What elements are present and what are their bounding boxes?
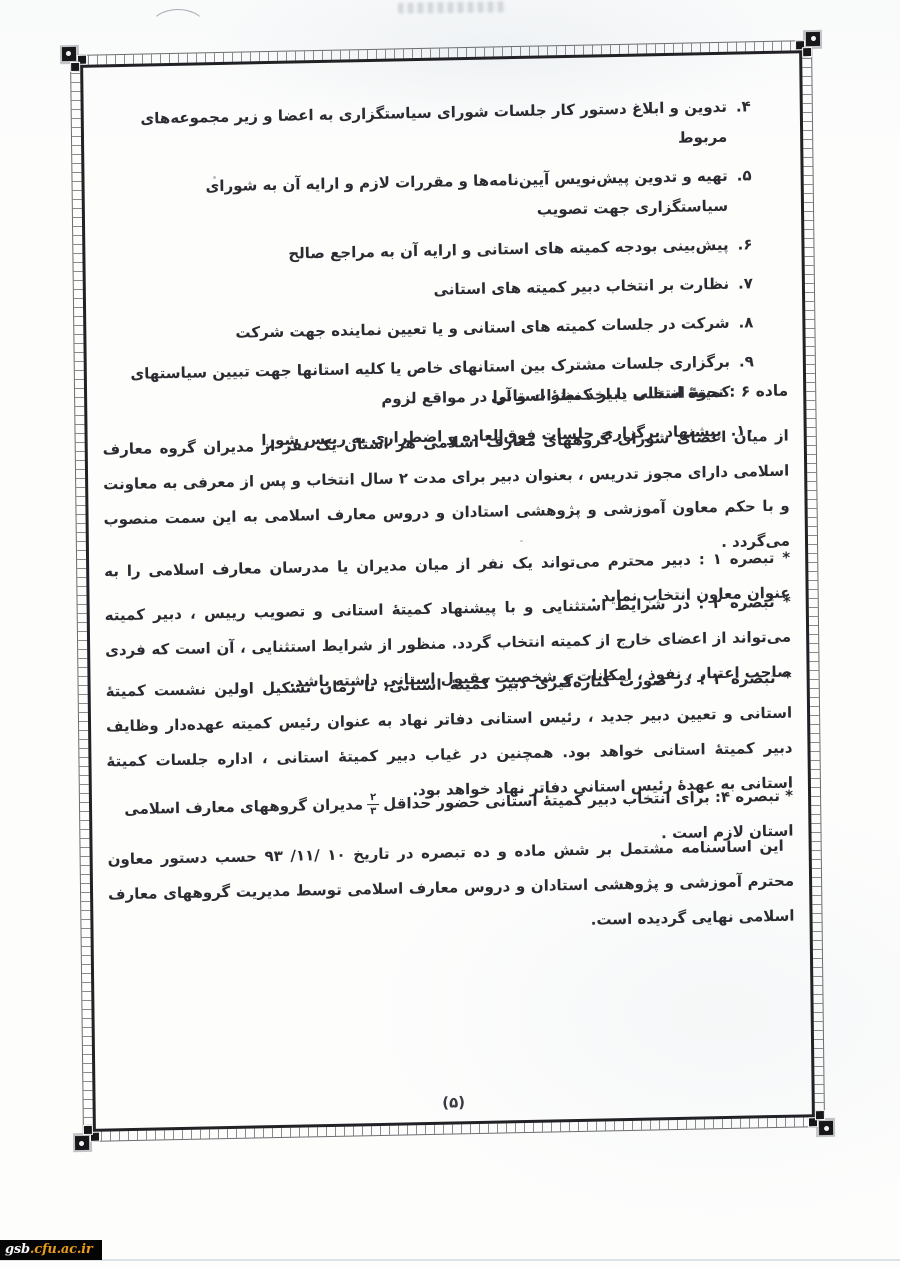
page-number: (۵) xyxy=(107,1086,801,1118)
item-number: ۷. xyxy=(738,268,753,298)
frame-border-right xyxy=(799,49,825,1118)
watermark-badge: gsb.cfu.ac.ir xyxy=(0,1240,102,1260)
item-text: تهیه و تدوین پیش‌نویس آیین‌نامه‌ها و مقر… xyxy=(107,161,728,234)
closing-paragraph: این اساسنامه مشتمل بر شش ماده و ده تبصره… xyxy=(107,829,794,948)
scan-smudge-artifact xyxy=(398,1,506,14)
list-item: ۶. پیش‌بینی بودجه کمیته های استانی و ارا… xyxy=(108,229,752,272)
corner-ornament-bottom-right xyxy=(803,1105,829,1132)
note4-text-before: * تبصره ۴: برای انتخاب دبیر کمیتهٔ استان… xyxy=(383,787,793,813)
item-text: شرکت در جلسات کمیته های استانی و یا تعیی… xyxy=(109,308,730,351)
list-item: ۸. شرکت در جلسات کمیته های استانی و یا ت… xyxy=(109,307,753,350)
item-text: نظارت بر انتخاب دبیر کمیته های استانی xyxy=(109,269,730,312)
corner-ornament-top-left xyxy=(66,51,92,78)
item-number: ۵. xyxy=(737,160,753,220)
scan-bottom-edge xyxy=(0,1259,900,1261)
item-text: پیش‌بینی بودجه کمیته های استانی و ارایه … xyxy=(108,230,729,273)
fraction-denominator: ۳ xyxy=(367,805,379,818)
note4-fraction: ۲۳ xyxy=(367,791,379,817)
list-item: ۴. تدوین و ابلاغ دستور کار جلسات شورای س… xyxy=(107,91,752,164)
corner-ornament-top-right xyxy=(790,36,816,63)
watermark-domain: .cfu.ac.ir xyxy=(30,1242,93,1257)
item-number: ۴. xyxy=(736,91,752,151)
document-content: ۴. تدوین و ابلاغ دستور کار جلسات شورای س… xyxy=(94,54,801,1127)
item-text: تدوین و ابلاغ دستور کار جلسات شورای سیاس… xyxy=(107,92,728,165)
scan-frame: ۴. تدوین و ابلاغ دستور کار جلسات شورای س… xyxy=(70,40,825,1142)
watermark-gsb: gsb xyxy=(5,1242,30,1257)
item-number: ۶. xyxy=(737,229,752,259)
list-item: ۷. نظارت بر انتخاب دبیر کمیته های استانی xyxy=(109,268,753,311)
document-page: { "duties_list": [ { "num": "۴.", "text"… xyxy=(0,0,900,1267)
pen-arc-artifact xyxy=(149,9,207,49)
fraction-numerator: ۲ xyxy=(367,791,379,805)
frame-border-left xyxy=(70,64,96,1133)
corner-ornament-bottom-left xyxy=(79,1120,105,1147)
list-item: ۵. تهیه و تدوین پیش‌نویس آیین‌نامه‌ها و … xyxy=(107,160,752,233)
item-number: ۸. xyxy=(738,307,753,337)
